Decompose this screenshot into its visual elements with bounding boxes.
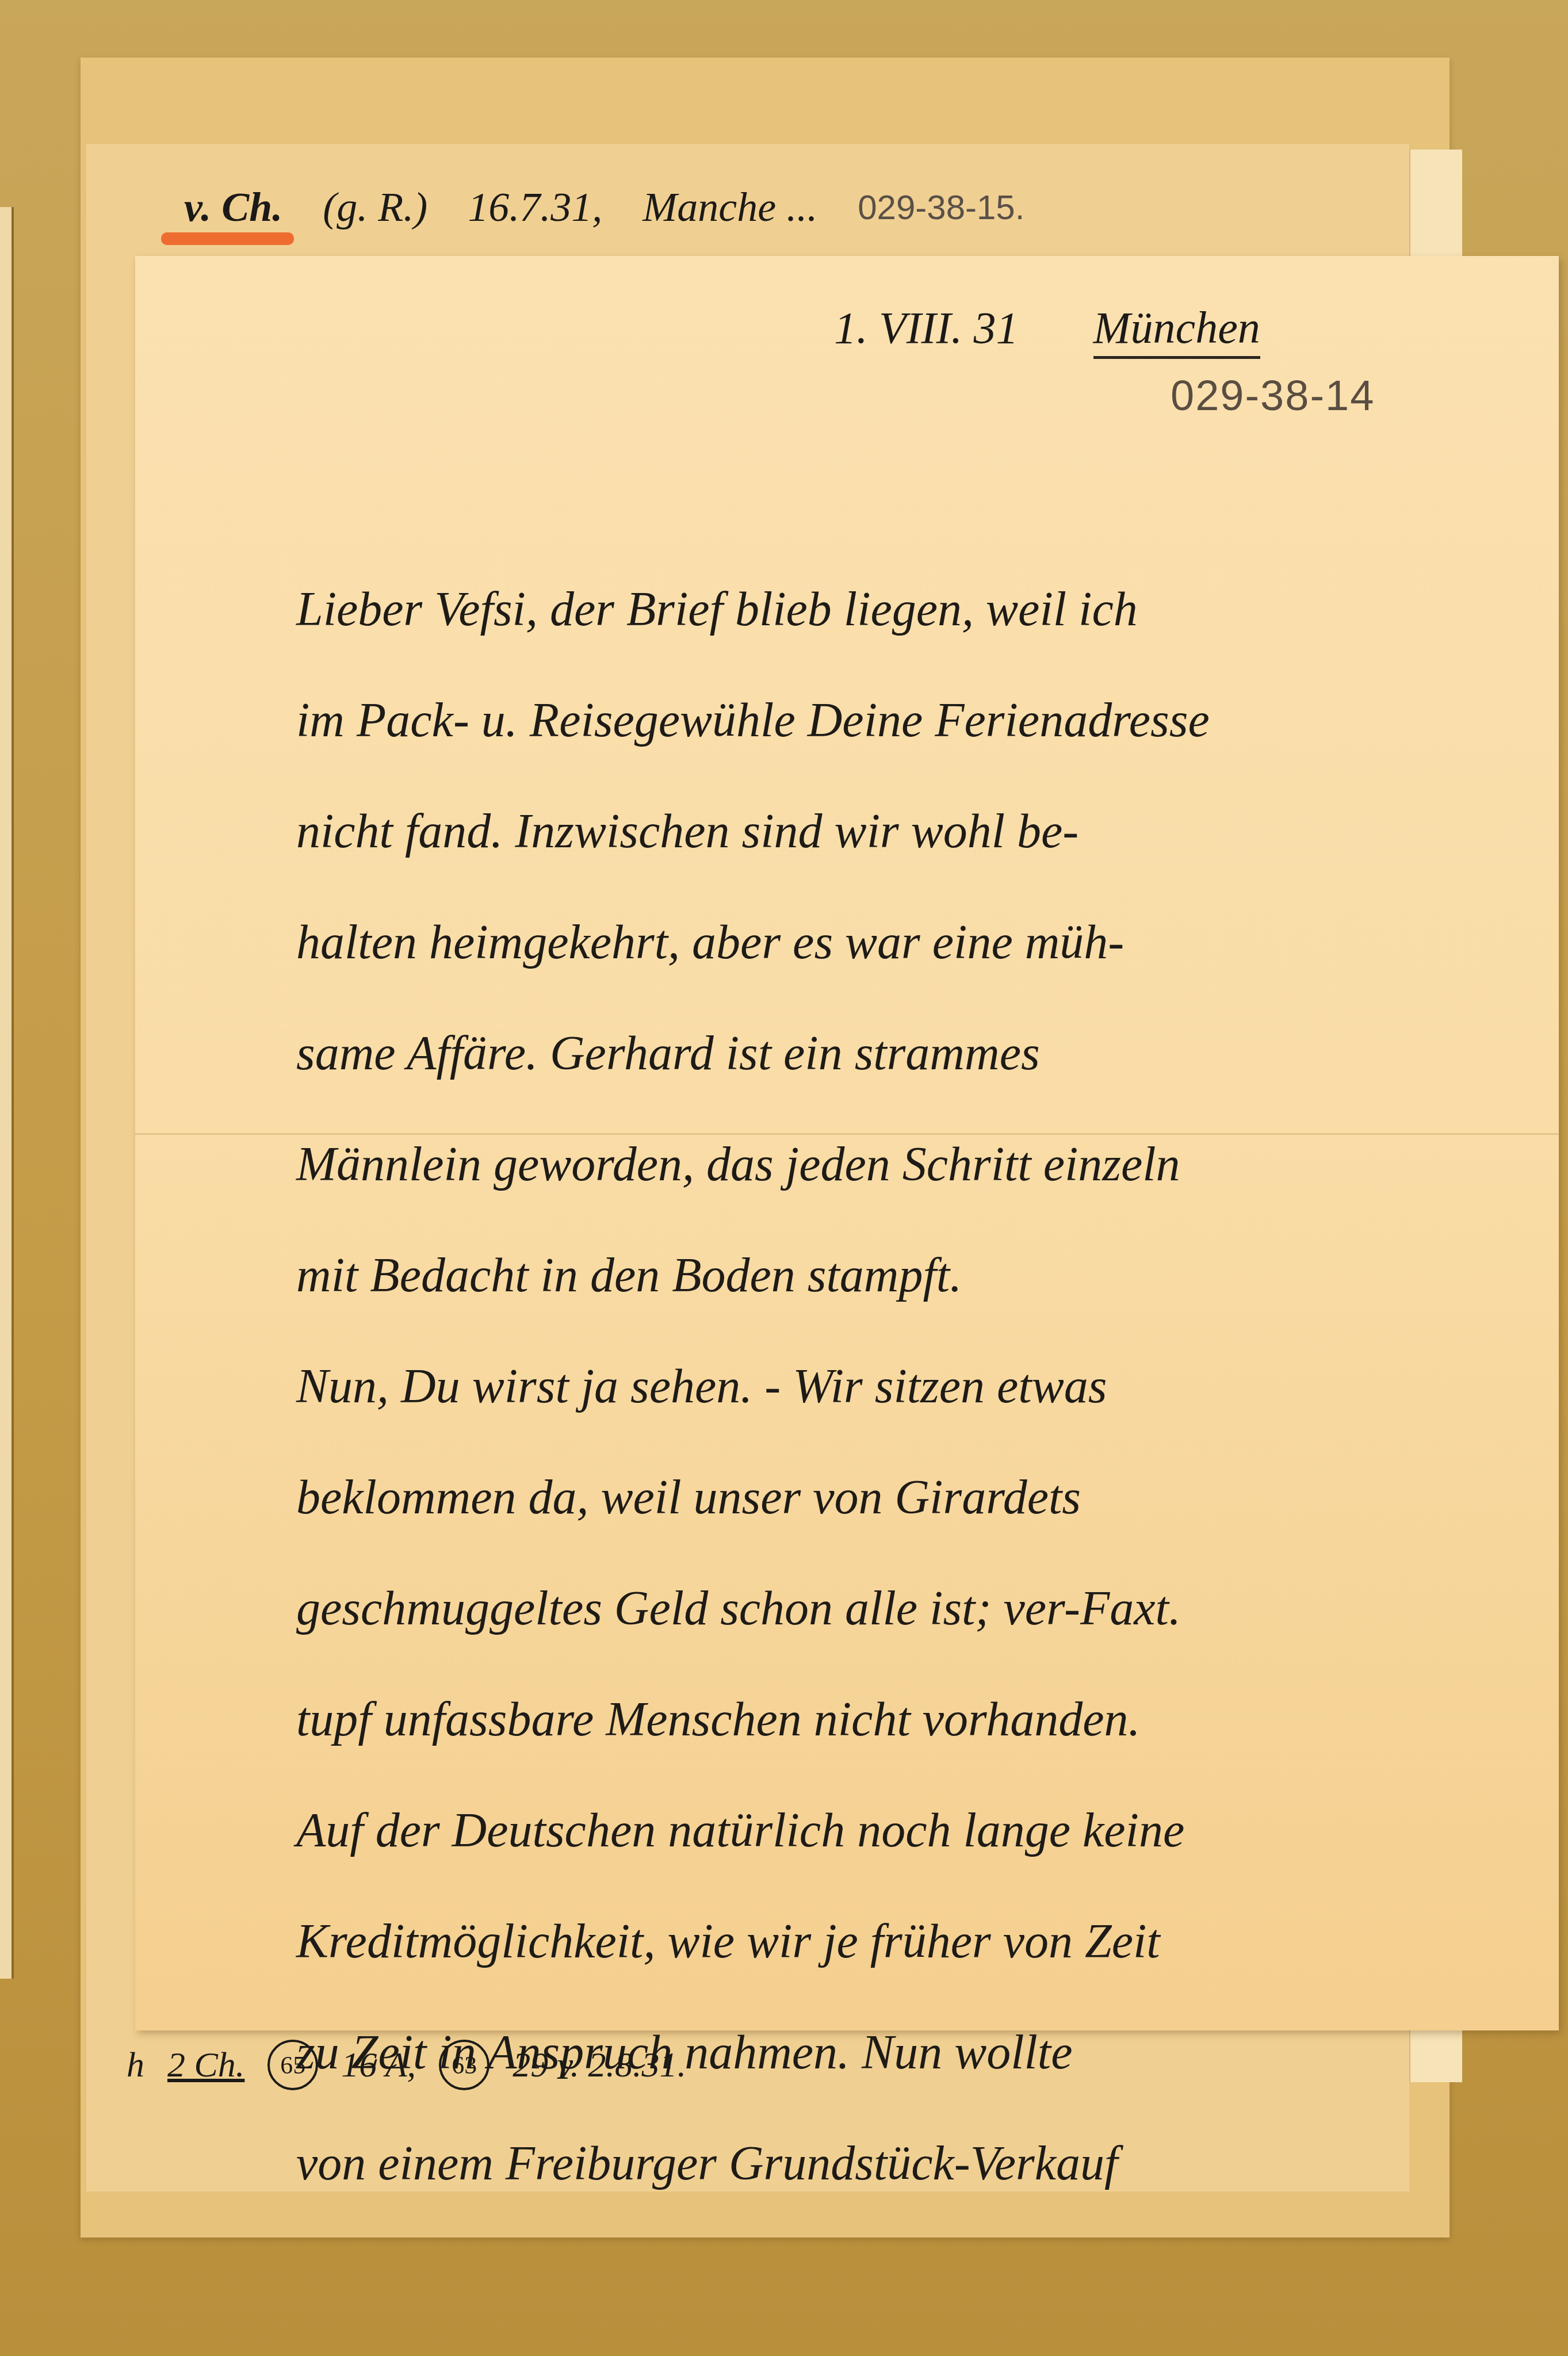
- note-text-2: 29 v. 2.8.31.: [513, 2045, 686, 2086]
- letter-line: nicht fand. Inzwischen sind wir wohl be-: [296, 797, 1568, 908]
- letter-line: halten heimgekehrt, aber es war eine müh…: [296, 908, 1568, 1019]
- date-year: 31: [974, 303, 1019, 353]
- letter-line: beklommen da, weil unser von Girardets: [296, 1463, 1568, 1574]
- note-text-1: 16 A,: [341, 2045, 416, 2086]
- letter-line: Kreditmöglichkeit, wie wir je früher von…: [296, 1907, 1568, 2018]
- circled-number-icon: 65: [267, 2040, 318, 2090]
- letter-line: tupf unfassbare Menschen nicht vorhanden…: [296, 1685, 1568, 1796]
- folder-top-annotation: v. Ch. (g. R.) 16.7.31, Manche ... 029-3…: [184, 173, 1024, 242]
- letter-line: Lieber Vefsi, der Brief blieb liegen, we…: [296, 575, 1568, 686]
- date-day: 1.: [834, 303, 868, 353]
- letter-dateline: 1. VIII. 31 München: [834, 302, 1260, 359]
- note-page: 2 Ch.: [167, 2045, 244, 2086]
- left-paper-stack-edge: [0, 207, 14, 1979]
- letter-place: München: [1093, 302, 1260, 359]
- letter-line: Auf der Deutschen natürlich noch lange k…: [296, 1796, 1568, 1907]
- handwritten-letter: 1. VIII. 31 München 029-38-14 Lieber Vef…: [135, 256, 1559, 2030]
- letter-line: mit Bedacht in den Boden stampft.: [296, 1241, 1568, 1352]
- date-month: VIII.: [879, 303, 962, 353]
- folder-note-word: Manche ...: [643, 183, 817, 231]
- circled-number-icon: 63: [439, 2040, 489, 2090]
- folder-archive-ref: 029-38-15.: [858, 188, 1024, 227]
- letter-line: im Pack- u. Reisegewühle Deine Ferienadr…: [296, 686, 1568, 797]
- letter-line: geschmuggeltes Geld schon alle ist; ver-…: [296, 1574, 1568, 1685]
- letter-line: Nun, Du wirst ja sehen. - Wir sitzen etw…: [296, 1352, 1568, 1463]
- letter-archive-ref: 029-38-14: [1171, 371, 1375, 420]
- folder-bottom-annotation: h 2 Ch. 65 16 A, 63 29 v. 2.8.31.: [127, 2036, 686, 2094]
- folder-note-date: 16.7.31,: [468, 183, 602, 231]
- folder-tag: v. Ch.: [184, 183, 282, 231]
- letter-body: Lieber Vefsi, der Brief blieb liegen, we…: [296, 575, 1568, 2240]
- note-prefix: h: [127, 2045, 144, 2086]
- folder-tag-paren: (g. R.): [323, 183, 427, 231]
- letter-line: von einem Freiburger Grundstück-Verkauf: [296, 2129, 1568, 2240]
- letter-line: Männlein geworden, das jeden Schritt ein…: [296, 1130, 1568, 1241]
- letter-date: 1. VIII. 31: [834, 302, 1019, 359]
- letter-line: same Affäre. Gerhard ist ein strammes: [296, 1019, 1568, 1130]
